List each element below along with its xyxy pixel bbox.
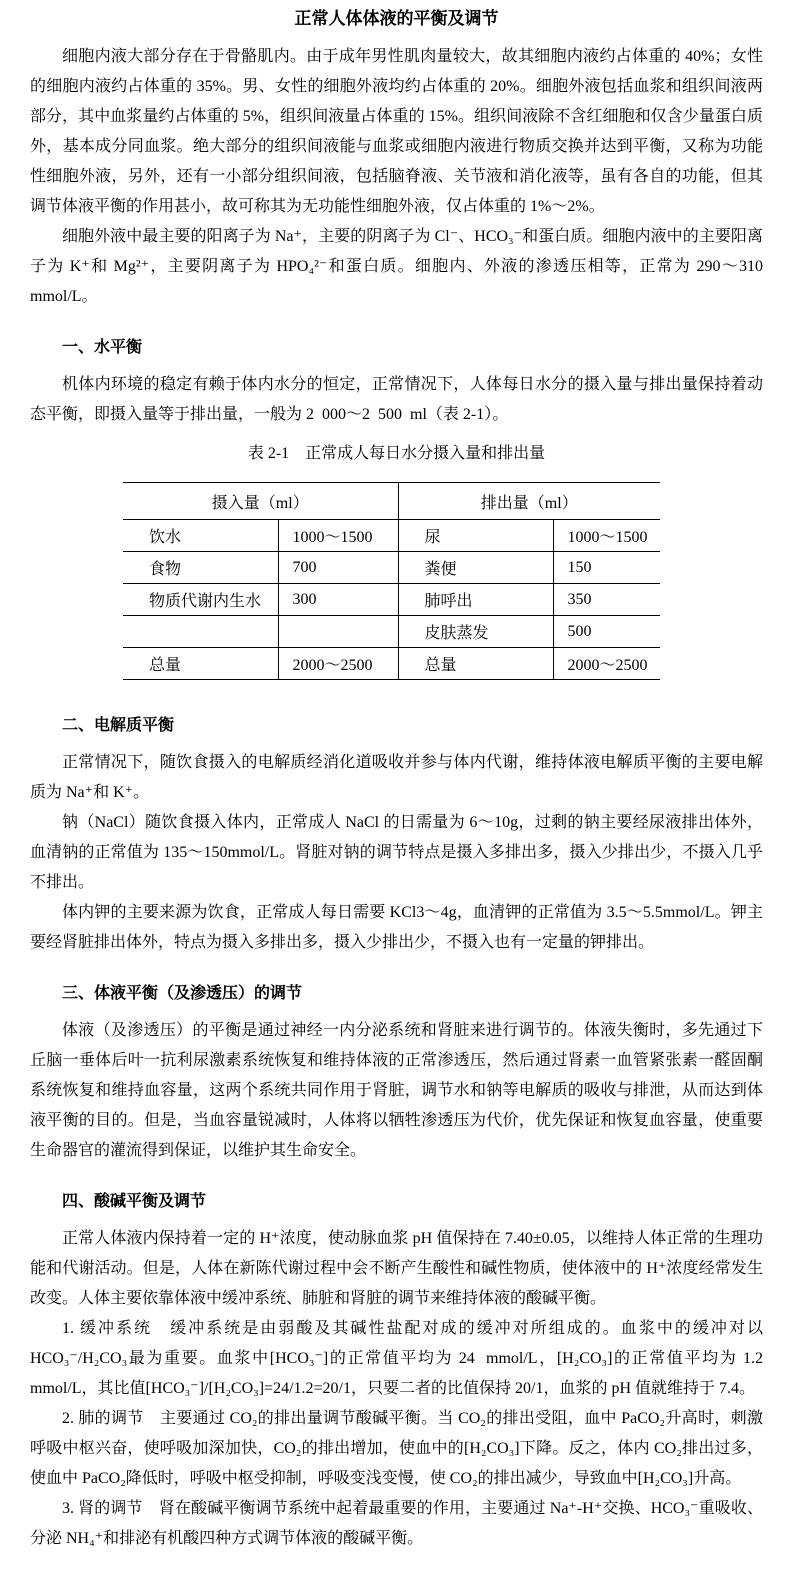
table-header-intake: 摄入量（ml） <box>123 483 398 520</box>
acid-base-paragraph-buffer-system: 1. 缓冲系统 缓冲系统是由弱酸及其碱性盐配对成的缓冲对所组成的。血浆中的缓冲对… <box>30 1314 763 1404</box>
document-title: 正常人体体液的平衡及调节 <box>30 6 763 32</box>
table-cell-output-value: 1000～1500 <box>553 520 660 552</box>
table-cell-output-value: 500 <box>553 616 660 648</box>
electrolyte-paragraph-2: 钠（NaCl）随饮食摄入体内，正常成人 NaCl 的日需量为 6～10g，过剩的… <box>30 808 763 898</box>
table-row: 皮肤蒸发 500 <box>123 616 660 648</box>
table-cell-intake-item <box>123 616 278 648</box>
fluid-regulation-paragraph: 体液（及渗透压）的平衡是通过神经一内分泌系统和肾脏来进行调节的。体液失衡时，多先… <box>30 1016 763 1166</box>
table-row: 物质代谢内生水 300 肺呼出 350 <box>123 584 660 616</box>
section-heading-electrolyte-balance: 二、电解质平衡 <box>30 714 763 738</box>
acid-base-paragraph-1: 正常人体液内保持着一定的 H⁺浓度，使动脉血浆 pH 值保持在 7.40±0.0… <box>30 1224 763 1314</box>
table-cell-output-value: 2000～2500 <box>553 648 660 680</box>
table-cell-output-value: 150 <box>553 552 660 584</box>
table-cell-output-item: 肺呼出 <box>398 584 553 616</box>
table-cell-intake-item: 食物 <box>123 552 278 584</box>
intro-paragraph-1: 细胞内液大部分存在于骨骼肌内。由于成年男性肌肉量较大，故其细胞内液约占体重的 4… <box>30 42 763 222</box>
table-cell-output-item: 粪便 <box>398 552 553 584</box>
table-cell-intake-item: 总量 <box>123 648 278 680</box>
table-cell-output-value: 350 <box>553 584 660 616</box>
document-page: 正常人体体液的平衡及调节 细胞内液大部分存在于骨骼肌内。由于成年男性肌肉量较大，… <box>0 0 793 1580</box>
water-balance-paragraph: 机体内环境的稳定有赖于体内水分的恒定，正常情况下，人体每日水分的摄入量与排出量保… <box>30 370 763 430</box>
table-cell-intake-value: 1000～1500 <box>278 520 398 552</box>
table-row: 食物 700 粪便 150 <box>123 552 660 584</box>
table-header-output: 排出量（ml） <box>398 483 660 520</box>
table-caption: 表 2-1 正常成人每日水分摄入量和排出量 <box>30 442 763 466</box>
table-row: 饮水 1000～1500 尿 1000～1500 <box>123 520 660 552</box>
table-cell-output-item: 总量 <box>398 648 553 680</box>
table-cell-output-item: 皮肤蒸发 <box>398 616 553 648</box>
table-cell-intake-item: 物质代谢内生水 <box>123 584 278 616</box>
section-heading-acid-base-balance: 四、酸碱平衡及调节 <box>30 1190 763 1214</box>
table-cell-output-item: 尿 <box>398 520 553 552</box>
acid-base-paragraph-kidney-regulation: 3. 肾的调节 肾在酸碱平衡调节系统中起着最重要的作用，主要通过 Na⁺-H⁺交… <box>30 1494 763 1554</box>
table-cell-intake-value: 300 <box>278 584 398 616</box>
intro-paragraph-2: 细胞外液中最主要的阳离子为 Na⁺，主要的阴离子为 Cl⁻、HCO₃⁻和蛋白质。… <box>30 222 763 312</box>
table-cell-intake-value <box>278 616 398 648</box>
acid-base-paragraph-lung-regulation: 2. 肺的调节 主要通过 CO₂的排出量调节酸碱平衡。当 CO₂的排出受阻，血中… <box>30 1404 763 1494</box>
electrolyte-paragraph-1: 正常情况下，随饮食摄入的电解质经消化道吸收并参与体内代谢，维持体液电解质平衡的主… <box>30 748 763 808</box>
water-intake-output-table: 摄入量（ml） 排出量（ml） 饮水 1000～1500 尿 1000～1500… <box>123 482 660 680</box>
table-cell-intake-value: 2000～2500 <box>278 648 398 680</box>
section-heading-water-balance: 一、水平衡 <box>30 336 763 360</box>
table-header-row: 摄入量（ml） 排出量（ml） <box>123 483 660 520</box>
table-cell-intake-value: 700 <box>278 552 398 584</box>
section-heading-fluid-regulation: 三、体液平衡（及渗透压）的调节 <box>30 982 763 1006</box>
table-cell-intake-item: 饮水 <box>123 520 278 552</box>
electrolyte-paragraph-3: 体内钾的主要来源为饮食，正常成人每日需要 KCl3～4g，血清钾的正常值为 3.… <box>30 898 763 958</box>
table-row: 总量 2000～2500 总量 2000～2500 <box>123 648 660 680</box>
